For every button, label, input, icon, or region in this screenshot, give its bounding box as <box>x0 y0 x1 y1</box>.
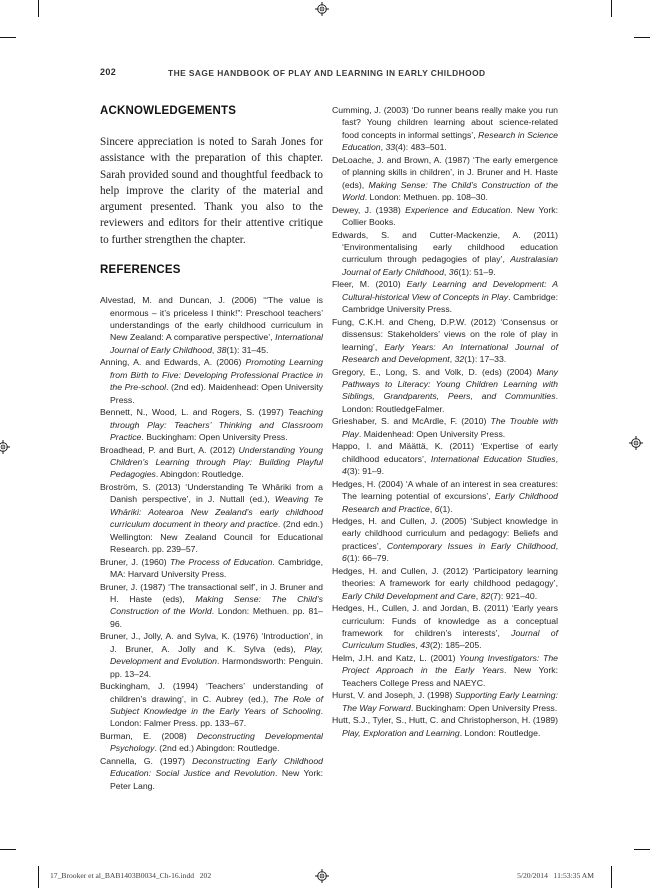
crop-mark <box>0 37 16 38</box>
acknowledgements-heading: ACKNOWLEDGEMENTS <box>100 105 323 117</box>
crop-mark <box>38 0 39 17</box>
reference-entry: Gregory, E., Long, S. and Volk, D. (eds)… <box>332 366 558 416</box>
reference-entry: Bruner, J. (1960) The Process of Educati… <box>100 556 323 581</box>
reference-entry: Happo, I. and Määttä, K. (2011) ‘Experti… <box>332 440 558 477</box>
running-head: 202 THE SAGE HANDBOOK OF PLAY AND LEARNI… <box>100 67 558 81</box>
references-column-left: Alvestad, M. and Duncan, J. (2006) ‘“The… <box>100 294 323 792</box>
reference-entry: Edwards, S. and Cutter-Mackenzie, A. (20… <box>332 229 558 279</box>
reference-entry: Fleer, M. (2010) Early Learning and Deve… <box>332 278 558 315</box>
reference-entry: DeLoache, J. and Brown, A. (1987) ‘The e… <box>332 154 558 204</box>
reference-entry: Bruner, J., Jolly, A. and Sylva, K. (197… <box>100 630 323 680</box>
crop-mark <box>611 866 612 888</box>
right-column: Cumming, J. (2003) ‘Do runner beans real… <box>332 104 558 739</box>
reference-entry: Bruner, J. (1987) ‘The transactional sel… <box>100 581 323 631</box>
page-number: 202 <box>100 67 116 77</box>
reference-entry: Fung, C.K.H. and Cheng, D.P.W. (2012) ‘C… <box>332 316 558 366</box>
registration-mark-icon <box>315 2 329 16</box>
references-heading: REFERENCES <box>100 264 323 276</box>
reference-entry: Grieshaber, S. and McArdle, F. (2010) Th… <box>332 415 558 440</box>
reference-entry: Alvestad, M. and Duncan, J. (2006) ‘“The… <box>100 294 323 356</box>
registration-mark-icon <box>315 869 329 883</box>
reference-entry: Hedges, H. (2004) ‘A whale of an interes… <box>332 478 558 515</box>
left-column: ACKNOWLEDGEMENTS Sincere appreciation is… <box>100 105 323 792</box>
reference-entry: Hedges, H. and Cullen, J. (2005) ‘Subjec… <box>332 515 558 565</box>
registration-mark-icon <box>0 440 10 454</box>
crop-mark <box>611 0 612 17</box>
reference-entry: Burman, E. (2008) Deconstructing Develop… <box>100 730 323 755</box>
reference-entry: Dewey, J. (1938) Experience and Educatio… <box>332 204 558 229</box>
reference-entry: Helm, J.H. and Katz, L. (2001) Young Inv… <box>332 652 558 689</box>
reference-entry: Hurst, V. and Joseph, J. (1998) Supporti… <box>332 689 558 714</box>
reference-entry: Anning, A. and Edwards, A. (2006) Promot… <box>100 356 323 406</box>
crop-mark <box>634 849 650 850</box>
reference-entry: Broström, S. (2013) ‘Understanding Te Wh… <box>100 481 323 556</box>
reference-entry: Cannella, G. (1997) Deconstructing Early… <box>100 755 323 792</box>
registration-mark-icon <box>629 436 643 450</box>
footer-timestamp: 5/20/2014 11:53:35 AM <box>517 871 594 880</box>
crop-mark <box>0 849 16 850</box>
acknowledgements-text: Sincere appreciation is noted to Sarah J… <box>100 134 323 248</box>
crop-mark <box>38 866 39 888</box>
references-column-right: Cumming, J. (2003) ‘Do runner beans real… <box>332 104 558 739</box>
reference-entry: Hedges, H., Cullen, J. and Jordan, B. (2… <box>332 602 558 652</box>
scanned-book-page: { "colors": { "background": "#ffffff", "… <box>0 0 650 888</box>
reference-entry: Bennett, N., Wood, L. and Rogers, S. (19… <box>100 406 323 443</box>
reference-entry: Broadhead, P. and Burt, A. (2012) Unders… <box>100 444 323 481</box>
crop-mark <box>634 37 650 38</box>
reference-entry: Buckingham, J. (1994) ‘Teachers’ underst… <box>100 680 323 730</box>
book-title: THE SAGE HANDBOOK OF PLAY AND LEARNING I… <box>168 68 486 78</box>
reference-entry: Hedges, H. and Cullen, J. (2012) ‘Partic… <box>332 565 558 602</box>
footer-filename: 17_Brooker et al_BAB1403B0034_Ch-16.indd… <box>50 871 211 880</box>
reference-entry: Cumming, J. (2003) ‘Do runner beans real… <box>332 104 558 154</box>
reference-entry: Hutt, S.J., Tyler, S., Hutt, C. and Chri… <box>332 714 558 739</box>
